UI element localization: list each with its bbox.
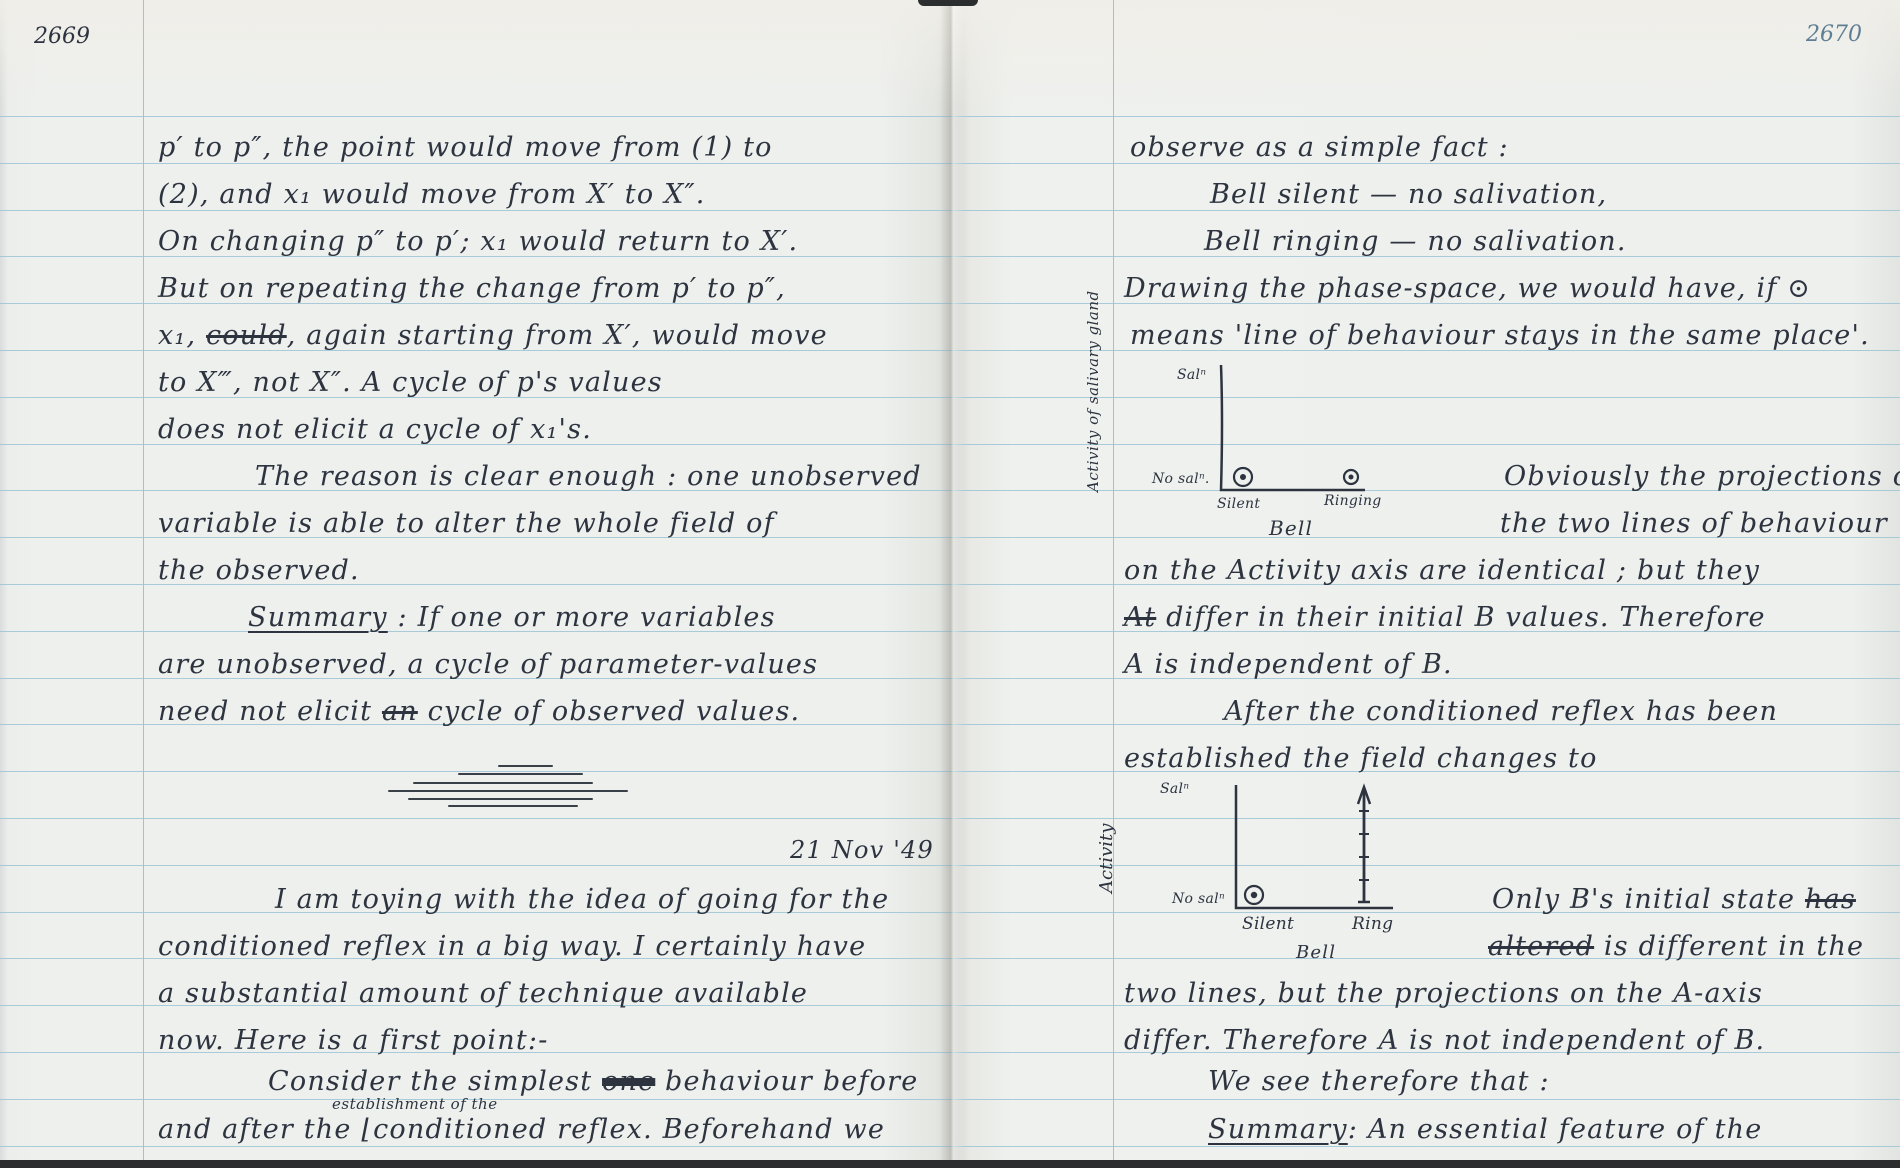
text-line: (2), and x₁ would move from X′ to X″.: [158, 181, 706, 208]
x-axis-label: Bell: [1296, 944, 1336, 962]
rule-line: [0, 865, 952, 866]
y-bottom-label: No salⁿ: [1172, 892, 1225, 906]
text-line: need not elicit an cycle of observed val…: [158, 698, 800, 725]
summary-line: Summary: An essential feature of the: [1208, 1116, 1762, 1143]
y-top-label: Salⁿ: [1177, 368, 1206, 382]
margin-line: [143, 0, 144, 1160]
summary-heading: Summary: [1208, 1114, 1348, 1145]
struck-word: altered: [1488, 931, 1594, 962]
text-line: and after the ⌊conditioned reflex. Befor…: [158, 1116, 885, 1143]
text-line: does not elicit a cycle of x₁'s.: [158, 416, 592, 443]
x-axis-label: Bell: [1269, 518, 1313, 538]
insertion-note: establishment of the: [332, 1097, 498, 1112]
y-axis-label: Activity of salivary gland: [1084, 290, 1102, 492]
trajectory-arrow: [1358, 787, 1370, 902]
summary-heading: Summary: [248, 602, 388, 633]
text-line: I am toying with the idea of going for t…: [275, 886, 889, 913]
text-line: two lines, but the projections on the A-…: [1124, 980, 1763, 1007]
rule-line: [952, 1146, 1900, 1147]
struck-word: could: [206, 320, 287, 351]
text-line: x₁, could, again starting from X′, would…: [158, 322, 828, 349]
text-line: are unobserved, a cycle of parameter-val…: [158, 651, 818, 678]
margin-line: [1113, 0, 1114, 1160]
left-page: 2669 p′ to p″, the point would move from…: [0, 0, 952, 1160]
notebook-spread: 2669 p′ to p″, the point would move from…: [0, 0, 1900, 1160]
axes: [1227, 780, 1407, 920]
text-line: to X‴, not X″. A cycle of p's values: [158, 369, 663, 396]
text-line: conditioned reflex in a big way. I certa…: [158, 933, 866, 960]
text-line: the observed.: [158, 557, 360, 584]
text-line: observe as a simple fact :: [1130, 134, 1509, 161]
entry-date: 21 Nov '49: [790, 838, 934, 862]
equilibrium-point-marker: [1234, 468, 1252, 486]
text-line: the two lines of behaviour: [1500, 510, 1888, 537]
equilibrium-point-marker: [1344, 470, 1358, 484]
struck-word: one: [602, 1066, 655, 1097]
text-line: variable is able to alter the whole fiel…: [158, 510, 775, 537]
text-line: On changing p″ to p′; x₁ would return to…: [158, 228, 798, 255]
text-line: Obviously the projections of: [1504, 463, 1900, 490]
text-line: p′ to p″, the point would move from (1) …: [158, 134, 773, 161]
rule-line: [952, 865, 1900, 866]
rule-line: [952, 116, 1900, 117]
y-axis-label: Activity: [1096, 824, 1117, 893]
x-tick-label: Silent: [1217, 497, 1260, 511]
text-line: altered is different in the: [1488, 933, 1864, 960]
text-line: now. Here is a first point:-: [158, 1027, 549, 1054]
rule-line: [0, 584, 952, 585]
binding-top: [918, 0, 978, 6]
rule-line: [0, 1146, 952, 1147]
text-line: Bell ringing — no salivation.: [1204, 228, 1627, 255]
notebook-spine: [940, 0, 964, 1160]
x-tick-label: Silent: [1242, 916, 1294, 933]
text-line: After the conditioned reflex has been: [1224, 698, 1778, 725]
y-top-label: Salⁿ: [1160, 782, 1189, 796]
rule-line: [0, 818, 952, 819]
text-line: Bell silent — no salivation,: [1210, 181, 1607, 208]
page-number: 2670: [1806, 22, 1862, 47]
struck-word: At: [1124, 602, 1156, 633]
struck-word: has: [1805, 884, 1856, 915]
text-line: The reason is clear enough : one unobser…: [255, 463, 922, 490]
rule-line: [952, 818, 1900, 819]
x-tick-label: Ringing: [1324, 494, 1382, 508]
text-line: A is independent of B.: [1124, 651, 1453, 678]
text-line: We see therefore that :: [1208, 1068, 1550, 1095]
text-line: a substantial amount of technique availa…: [158, 980, 808, 1007]
text-line: differ. Therefore A is not independent o…: [1124, 1027, 1765, 1054]
page-number: 2669: [34, 24, 90, 49]
text-line: on the Activity axis are identical ; but…: [1124, 557, 1760, 584]
text-line: But on repeating the change from p′ to p…: [158, 275, 786, 302]
summary-line: Summary : If one or more variables: [248, 604, 776, 631]
struck-word: an: [382, 696, 418, 727]
text-line: Consider the simplest one behaviour befo…: [268, 1068, 918, 1095]
equilibrium-point-marker: [1245, 886, 1263, 904]
y-bottom-label: No salⁿ.: [1152, 472, 1210, 486]
x-tick-label: Ring: [1352, 916, 1393, 933]
rule-line: [952, 1099, 1900, 1100]
axes: [1212, 360, 1372, 500]
section-divider-ornament: [388, 765, 638, 805]
rule-line: [0, 116, 952, 117]
text-line: means 'line of behaviour stays in the sa…: [1130, 322, 1870, 349]
text-line: Only B's initial state has: [1492, 886, 1856, 913]
text-line: established the field changes to: [1124, 745, 1598, 772]
text-line: Drawing the phase-space, we would have, …: [1124, 275, 1811, 302]
right-page: 2670 observe as a simple fact : Bell sil…: [952, 0, 1900, 1160]
text-line: At differ in their initial B values. The…: [1124, 604, 1766, 631]
cover-edge: [0, 1160, 1900, 1168]
